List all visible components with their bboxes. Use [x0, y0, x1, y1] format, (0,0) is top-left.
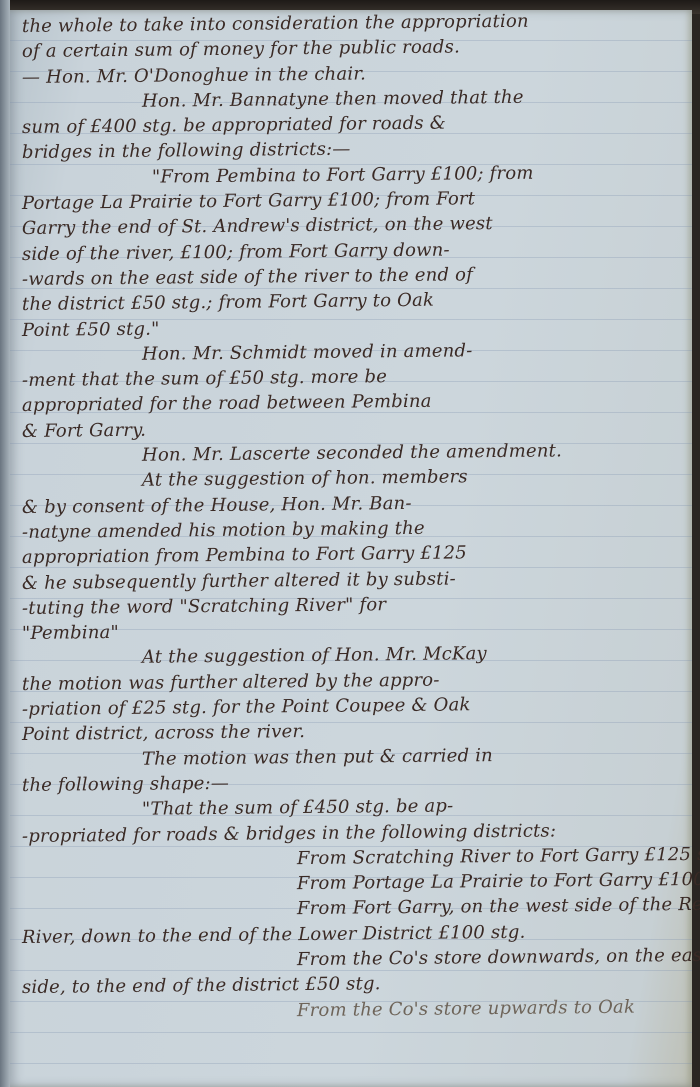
handwritten-text-body: the whole to take into consideration the…: [22, 14, 682, 1026]
binding-edge: [0, 0, 10, 1087]
